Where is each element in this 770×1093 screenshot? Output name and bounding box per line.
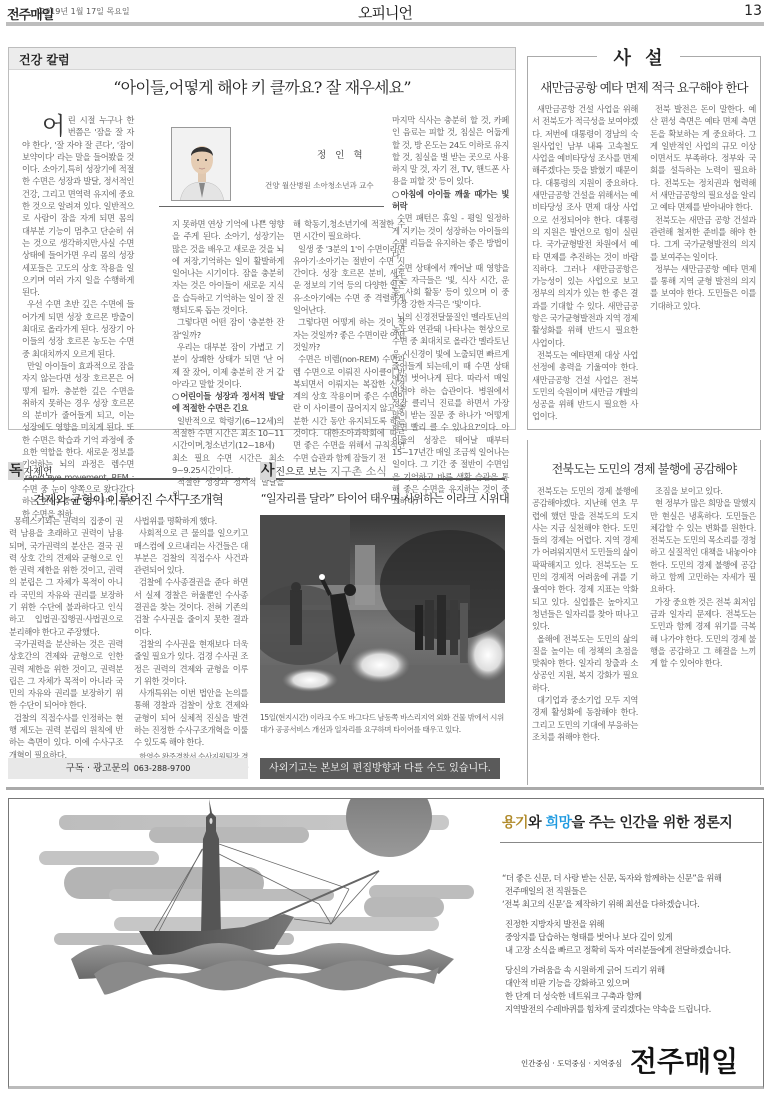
author-name: 정 인 혁 — [317, 147, 366, 161]
dropcap: 어 — [42, 114, 65, 138]
sailboat-illustration-icon — [9, 799, 489, 1088]
photo-news-section-head: 사진으로 보는 지구촌 소식 — [260, 460, 505, 480]
page-header: 전주매일 2019년 1월 17일 목요일 오피니언 13 — [0, 0, 770, 26]
ad-illustration — [9, 799, 489, 1088]
editorial-headline[interactable]: 새만금공항 예타 면제 적극 요구해야 한다 — [527, 78, 761, 96]
ad-paragraph-3: 당신의 가려움을 속 시원하게 긁어 드리기 위해 대안적 비판 기능을 강화하… — [502, 964, 764, 1016]
section-divider — [6, 787, 764, 790]
header-rule — [6, 22, 764, 26]
editorial2-text-col-2: 조짐을 보이고 있다. 현 정부가 많은 희망을 말했지만 현실은 냉혹하다. … — [650, 485, 756, 669]
ad-rule — [500, 842, 762, 843]
ad-paragraph-1: “더 좋은 신문, 더 사랑 받는 신문, 독자와 함께하는 신문”을 위해 전… — [502, 872, 764, 911]
photo-caption: 15일(현지시간) 이라크 수도 바그다드 남동쪽 바스리지역 외화 건물 밖에… — [260, 712, 505, 736]
ad-body: “더 좋은 신문, 더 사랑 받는 신문, 독자와 함께하는 신문”을 위해 전… — [502, 872, 764, 1023]
editorial-text-col-1: 새만금공항 건설 사업을 위해서 전북도가 적극성을 보여야겠다. 저번에 대통… — [532, 103, 638, 423]
editorial2-text-col-1: 전북도는 도민의 경제 불행에 공감해야겠다. 지난해 연초 무렵에 했던 말을… — [532, 485, 638, 743]
subscription-box: 구독 · 광고문의063-288-9700 — [8, 758, 248, 779]
opinion-text-col-2: 사법위를 명확하게 했다. 사회적으로 큰 물의를 일으키고 매스컴에 오르내리… — [134, 515, 248, 775]
subheading: ○어린이들 성장과 정서적 발달에 적절한 수면은 긴요 — [172, 390, 284, 415]
column-band: 건강 칼럼 — [9, 48, 515, 70]
protest-photo-image-icon — [260, 515, 505, 703]
protest-photo — [260, 515, 505, 703]
subscription-phone[interactable]: 063-288-9700 — [134, 764, 191, 773]
page-number: 13 — [744, 3, 762, 19]
ad-slogan: 용기와 희망을 주는 인간을 위한 정론지 — [502, 812, 732, 832]
ad-tagline: 인간중심 · 도덕중심 · 지역중심 — [521, 1058, 622, 1069]
health-text-col-2: 지 못하면 연상 기억에 나쁜 영향을 주게 된다. 소아기, 성장기는 많은 … — [172, 218, 284, 501]
health-text-col-4: 마지막 식사는 충분히 할 것, 카페인 음료는 피할 것, 침실은 어둡게 할… — [392, 114, 509, 508]
section-title: 오피니언 — [0, 2, 770, 23]
contribution-notice: 사외기고는 본보의 편집방향과 다를 수도 있습니다. — [260, 758, 500, 779]
editorial-text-col-2: 전북 발전은 돈이 말한다. 예산 편성 측면은 예타 면제 측면 돈을 확보하… — [650, 103, 756, 312]
author-portrait-icon — [172, 128, 231, 201]
subheading: ○아침에 아이들 깨울 때가는 빛 허락 — [392, 188, 509, 213]
author-photo — [171, 127, 231, 201]
health-column: 건강 칼럼 “아이들,어떻게 해야 키 클까요? 잘 재우세요” 어 린 시절 … — [8, 47, 516, 430]
photo-headline[interactable]: “일자리를 달라” 타이어 태우며 시위하는 이라크 시위대 — [259, 490, 511, 506]
ad-paragraph-2: 진정한 지방자치 발전을 위해 중앙지를 답습하는 형태를 벗어나 보다 깊이 … — [502, 918, 764, 957]
subscription-label: 구독 · 광고문의 — [66, 763, 130, 774]
reader-opinion-section-head: 독자제언 — [8, 460, 250, 480]
opinion-headline[interactable]: 견제와 균형이 이루어진 수사구조개혁 — [8, 490, 248, 508]
health-headline[interactable]: “아이들,어떻게 해야 키 클까요? 잘 재우세요” — [9, 75, 515, 98]
author-affiliation: 건양 월산병원 소아청소년과 교수 — [265, 180, 374, 191]
health-text-col-1: 어 린 시절 누구나 한 번쯤은 '잠을 잘 자야 한다', '잘 자야 잘 큰… — [22, 114, 134, 520]
author-rule — [159, 206, 384, 207]
ad-logo: 전주매일 — [630, 1040, 738, 1080]
health-text-col-3: 해 학동기,청소년기에 적절한 수면 시간이 필요하다. 일생 중 '3분의 1… — [293, 218, 405, 464]
opinion-text-col-1: 몽테스키외는 권력의 집중이 권력 남용을 초래하고 권력이 남용되며, 국가권… — [9, 515, 123, 761]
editorial2-headline[interactable]: 전북도는 도민의 경제 불행에 공감해야 — [527, 460, 761, 477]
